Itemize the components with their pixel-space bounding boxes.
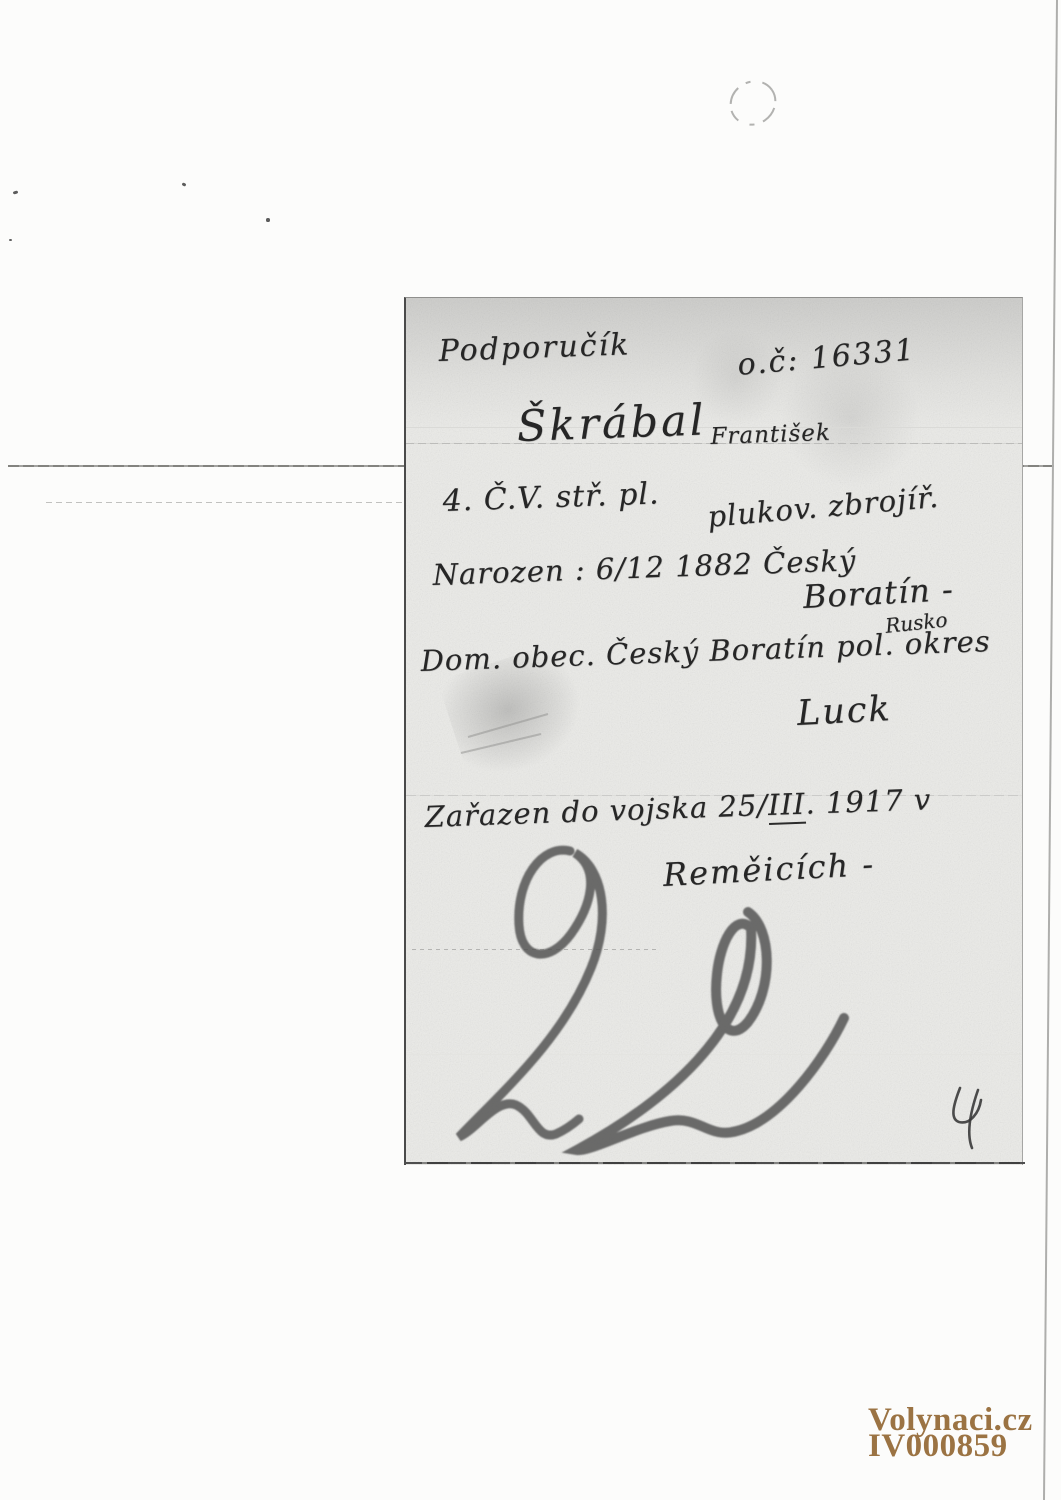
scan-speck (9, 239, 12, 241)
home-district-entry: Luck (796, 689, 893, 734)
enlistment-text-tail: . 1917 v (805, 782, 932, 820)
card-bottom-edge (404, 1162, 1025, 1164)
scanned-page: Podporučík o.č: 16331 Škrábal František … (0, 0, 1061, 1500)
card-rule-line (406, 1054, 1022, 1055)
scan-speck (182, 182, 187, 186)
scan-speck (13, 190, 19, 194)
watermark: Volynaci.cz IV000859 (868, 1407, 1033, 1459)
card-rule-line (412, 949, 657, 950)
surname-entry: Škrábal (516, 395, 707, 452)
scan-speck (266, 218, 270, 222)
rank-entry: Podporučík (438, 327, 631, 369)
given-name-entry: František (710, 420, 831, 450)
enlistment-month-roman: III (767, 787, 806, 825)
record-card: Podporučík o.č: 16331 Škrábal František … (404, 297, 1023, 1165)
scan-edge-line (1044, 0, 1057, 1500)
